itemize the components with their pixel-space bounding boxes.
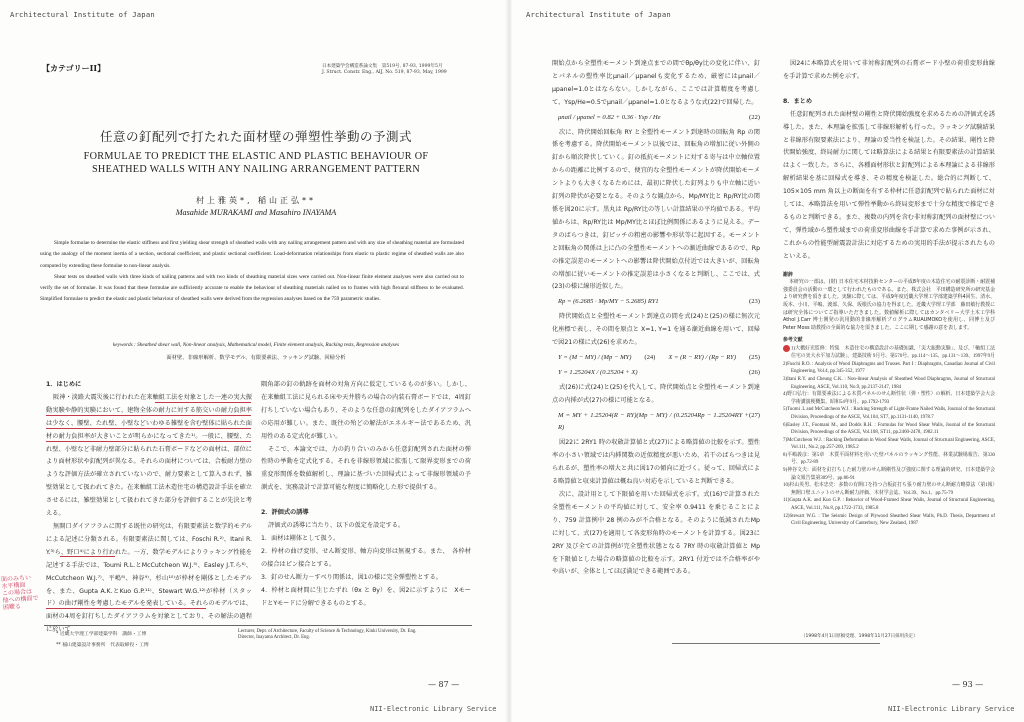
equation-number: (22) — [749, 112, 760, 125]
library-footer: NII-Electronic Library Service — [370, 705, 496, 713]
journal-citation: 日本建築学会構造系論文集 第519号, 87-93, 1999年5月 J. St… — [322, 64, 447, 76]
acknowledgements: 謝辞 本研究の一部は、(財) 日本住宅木材技術センターの平成8年度の木造住宅の耐… — [783, 272, 995, 333]
reference-item: 10)杉山英男、松本忠史：多数の有開口を持つ合板釘打ち張り耐力壁のせん断耐力略算… — [783, 482, 995, 497]
equation-body: Y = 1.25204X / (0.25204 + X) — [558, 367, 638, 380]
body-paragraph: 隅角部の釘の軌跡を面材の対角方向に仮定しているものが多い。しかし、在来軸組工法に… — [261, 379, 471, 444]
equation-26: Y = 1.25204X / (0.25204 + X) (26) — [552, 367, 760, 380]
footnotes-en: Lecturer, Dept. of Architecture, Faculty… — [238, 629, 474, 641]
reference-item: 12)Stewart W.G. : The Seismic Design of … — [783, 513, 995, 528]
body-column-2: 図24に本略算式を用いて非対称釘配列の石膏ボード小壁の荷重変形曲線を手計算で求め… — [783, 58, 995, 528]
body-paragraph: 式(26)に式(24)と(25)を代入して、降伏開始点と全塑性モーメント到達点の… — [552, 382, 760, 408]
body-paragraph: 図22に 2RY1 時の収斂計算値と式(27)による略算値の比較を示す。塑性率の… — [552, 437, 760, 489]
journal-citation-en: J. Struct. Constr. Eng., AIJ, No. 519, 8… — [322, 70, 447, 76]
section-heading-derivation: 2．評価式の誘導 — [261, 507, 471, 520]
section-intro: 評価式の誘導に当たり、以下の仮定を設定する。 — [261, 520, 471, 533]
red-underline-annotation — [60, 556, 115, 557]
body-column-1: 1．はじめに 阪神・淡路大震災後に行われた在来軸組工法を対象とした一連の実大振動… — [46, 379, 252, 637]
body-paragraph: 阪神・淡路大震災後に行われた在来軸組工法を対象とした一連の実大振動実験や静的実験… — [46, 392, 252, 521]
running-head: Architectural Institute of Japan — [10, 10, 155, 19]
page-87: Architectural Institute of Japan 【カテゴリーI… — [0, 0, 512, 722]
red-underline-annotation — [155, 402, 251, 403]
assumption-item: 1．面材は剛体として扱う。 — [261, 533, 471, 546]
reference-item: 6)Easley J.T., Foomani M., and Dodds R.H… — [783, 422, 995, 437]
references: 参考文献 1)大橋好光監修：特集 木造住宅の構造設計の基礎知識、「実大振動実験」… — [783, 337, 995, 527]
scan-edge-mark — [0, 0, 9, 46]
abstract-paragraph: Simple formulae to determine the elastic… — [40, 238, 464, 272]
page-number: — 93 — — [952, 680, 983, 689]
reference-item: 7)McCutcheon W.J. : Racking Deformation … — [783, 437, 995, 452]
equation-number: (26) — [749, 367, 760, 380]
paper-title-en-line2: SHEATHED WALLS WITH ANY NAILING ARRANGEM… — [0, 163, 512, 176]
red-underline-annotation — [46, 441, 251, 442]
red-underline-annotation — [46, 428, 251, 429]
red-underline-annotation — [46, 415, 251, 416]
reference-item: 5)Tuomi .L and McCutcheon W.J. : Racking… — [783, 406, 995, 421]
reference-item: 3)Itani R.Y. and Cheung C.K. : Non-linea… — [783, 376, 995, 391]
body-column-2: 隅角部の釘の軌跡を面材の対角方向に仮定しているものが多い。しかし、在来軸組工法に… — [261, 379, 471, 610]
reference-item: 2)Foschi R.O. : Analysis of Wood Diaphra… — [783, 361, 995, 376]
red-underline-annotation — [46, 608, 206, 609]
equation-number: (27) — [749, 410, 760, 436]
end-divider — [672, 643, 880, 644]
equation-22: μnail / μpanel = 0.82 + 0.36 · Ysp / He … — [552, 112, 760, 125]
assumption-item: 4．枠材と面材間に生じたずれ（θx と θy）を、図2に示すように XモードとY… — [261, 585, 471, 611]
equation-23: Rp = (6.2685 · Mp/MY − 5.2685) RY1 (23) — [552, 296, 760, 309]
body-paragraph: 次に、降伏開始回転角 RY と全塑性モーメント到達時の回転角 Rp の関係を考慮… — [552, 127, 760, 295]
body-paragraph: 開始点から全塑性モーメント到達点までの間でθp/θy比の変化に伴い、釘とパネルの… — [552, 58, 760, 110]
body-paragraph: そこで、本論文では、力の釣り合いのみから任意釘配列された面材の弾性時の挙動を定式… — [261, 444, 471, 496]
equation-body: Y = (M − MY) / (Mp − MY) — [558, 352, 631, 365]
page-93: Architectural Institute of Japan 開始点から全塑… — [512, 0, 1024, 722]
assumption-item: 2．枠材の曲げ変形、せん断変形、軸方向変形は無視する。また、 各枠材の接合はピン… — [261, 546, 471, 572]
reference-item: 9)神谷文夫：面材を釘打ちした耐力壁のせん断剛性及び強度に関する理論的研究、日本… — [783, 467, 995, 482]
library-footer: NII-Electronic Library Service — [888, 705, 1014, 713]
handwritten-margin-note: 面のみちい 水平構面 この場合は 他への構面で 困難る — [1, 574, 39, 611]
equation-number: (23) — [749, 296, 760, 309]
reference-item: 1)大橋好光監修：特集 木造住宅の構造設計の基礎知識、「実大振動実験」、及び、「… — [783, 345, 995, 361]
section-heading-introduction: 1．はじめに — [46, 379, 252, 392]
assumption-item: 3．釘のせん断力－すべり関係は、図1の様に完全弾塑性とする。 — [261, 572, 471, 585]
footnote-divider — [44, 625, 472, 626]
body-paragraph: 無開口ダイアフラムに関する既往の研究は、有限要素法と数学的モデルによる記述に分類… — [46, 521, 252, 637]
body-paragraph: 降伏開始点と全塑性モーメント到達点の間を式(24)と(25)の様に無次元化座標で… — [552, 311, 760, 350]
received-date: （1998年4月1日原稿受理、1998年11月27日採用決定） — [801, 633, 918, 639]
equation-body: Rp = (6.2685 · Mp/MY − 5.2685) RY1 — [558, 296, 659, 309]
paper-title-jp: 任意の釘配列で打たれた面材壁の弾塑性挙動の予測式 — [0, 127, 512, 145]
abstract: Simple formulae to determine the elastic… — [40, 238, 464, 306]
equations-24-25: Y = (M − MY) / (Mp − MY) (24) X = (R − R… — [552, 352, 760, 365]
authors-en: Masahide MURAKAMI and Masahiro INAYAMA — [0, 208, 512, 217]
paper-title-en-line1: FORMULAE TO PREDICT THE ELASTIC AND PLAS… — [0, 150, 512, 163]
equation-number: (25) — [749, 352, 760, 365]
body-paragraph: 任意釘配列された面材壁の剛性と降伏開始強度を求めるための評価式を誘導した。また、… — [783, 109, 995, 264]
red-ink-dot-mark — [783, 345, 790, 352]
footnotes-jp: * 近畿大学理工学部建築学科 講師・工博 ** 稲山建築設計事務所 代表取締役・… — [56, 629, 149, 651]
reference-item: 4)野口弘行：有限要素法による木質パネルのせん断性状（弾・塑性）の解析、日本建築… — [783, 391, 995, 406]
equation-body: X = (R − RY) / (Rp − RY) — [668, 352, 736, 365]
references-heading: 参考文献 — [783, 337, 995, 345]
acknowledgements-text: 本研究の一部は、(財) 日本住宅木材技術センターの平成8年度の木造住宅の耐震診断… — [783, 279, 995, 332]
authors-jp: 村上雅英*, 稲山正弘** — [0, 195, 512, 206]
equation-body: M = MY + 1.25204(R − RY)(Mp − MY) / (0.2… — [558, 410, 749, 436]
paper-title-en: FORMULAE TO PREDICT THE ELASTIC AND PLAS… — [0, 150, 512, 176]
body-paragraph: 図24に本略算式を用いて非対称釘配列の石膏ボード小壁の荷重変形曲線を手計算で求め… — [783, 58, 995, 84]
body-column-1: 開始点から全塑性モーメント到達点までの間でθp/θy比の変化に伴い、釘とパネルの… — [552, 58, 760, 579]
reference-item: 8)平嶋義彦：第5章 木質平面材料を用いた壁パネルのラッキング性能、林業試験場報… — [783, 452, 995, 467]
footnote-affiliation-1: * 近畿大学理工学部建築学科 講師・工博 — [56, 629, 149, 640]
equation-number: (24) — [644, 352, 655, 365]
footnote-affiliation-2: ** 稲山建築設計事務所 代表取締役・工博 — [56, 640, 149, 651]
footnote-affiliation-en-2: Director, Inayama Architect, Dr. Eng. — [238, 635, 474, 641]
section-heading-summary: 8．まとめ — [783, 96, 995, 109]
abstract-paragraph: Shear tests on sheathed walls with three… — [40, 272, 464, 306]
body-paragraph: 次に、設計用として下限値を用いた回帰式を示す。式(16)で計算された全塑性モーメ… — [552, 489, 760, 579]
equation-27: M = MY + 1.25204(R − RY)(Mp − MY) / (0.2… — [552, 410, 760, 436]
keywords-jp: 面材壁、非線形解析、数学モデル、有限要素法、ラッキング試験、回帰分析 — [0, 353, 512, 361]
category-label: 【カテゴリーII】 — [42, 63, 105, 74]
running-head: Architectural Institute of Japan — [526, 10, 671, 19]
keywords-en: keywords : Sheathed shear wall, Non-line… — [0, 342, 512, 348]
reference-item: 11)Gupta A.K. and Kuo G.P. : Behavior of… — [783, 497, 995, 512]
page-number: — 87 — — [428, 680, 459, 689]
equation-body: μnail / μpanel = 0.82 + 0.36 · Ysp / He — [558, 112, 661, 125]
